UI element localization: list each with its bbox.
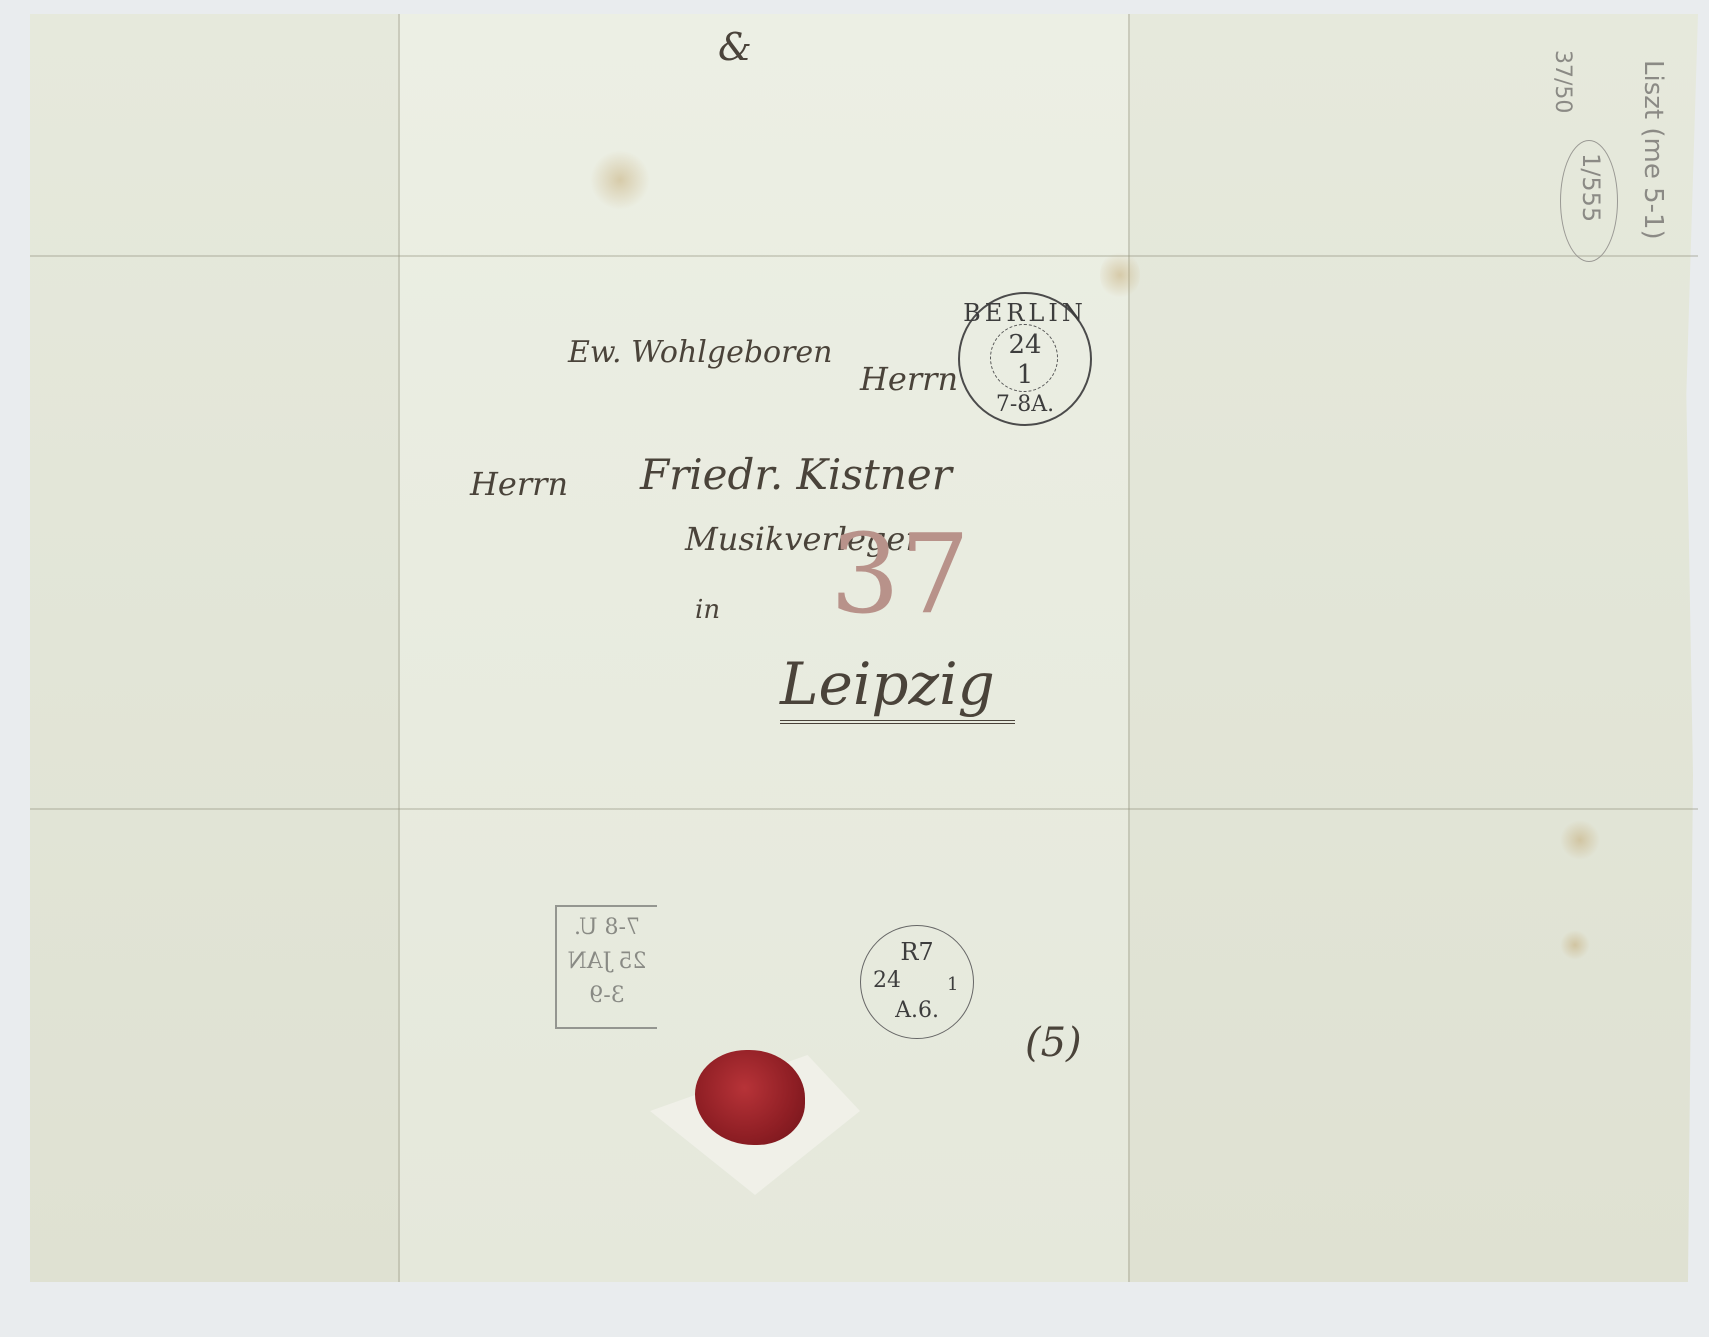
recipient-name: Friedr. Kistner [640,450,952,499]
foxing-stain [590,150,650,210]
foxing-stain [1560,930,1590,960]
pencil-circled-number: 1/555 [1577,153,1605,222]
address-city: Leipzig [780,650,1015,724]
pencil-fraction: 37/50 [1550,50,1575,113]
salutation: Ew. Wohlgeboren [568,335,833,370]
pencil-circled-number-oval: 1/555 [1560,140,1618,262]
receiving-time: A.6. [861,998,973,1023]
fold-line-top [30,255,1698,257]
postmark-city: BERLIN [960,299,1090,327]
berlin-postmark: BERLIN 24 1 7-8A. [958,292,1092,426]
postmark-month: 1 [960,360,1090,390]
receiving-month: 1 [947,974,958,995]
fold-line-bottom [30,808,1698,810]
receiving-code: R7 [861,938,973,966]
address-preposition: in [695,595,720,625]
fold-line-right [1128,14,1130,1282]
pencil-vertical-note: Liszt (me 5-1) [1638,60,1668,240]
top-mark: & [718,25,752,69]
postmark-time: 7-8A. [960,392,1090,417]
bottom-note: (5) [1025,1020,1082,1066]
foxing-stain [1560,820,1600,860]
receiving-day: 24 [873,968,901,993]
fold-line-left [398,14,400,1282]
title-herrn-1: Herrn [860,360,958,398]
mirrored-box-stamp: 7-8 U. 25 JAN 3-9 [555,905,657,1029]
receiving-postmark: R7 24 1 A.6. [860,925,974,1039]
title-herrn-2: Herrn [470,465,568,503]
foxing-stain [1100,250,1140,300]
postmark-day: 24 [960,330,1090,360]
postage-due-mark: 37 [830,510,970,638]
